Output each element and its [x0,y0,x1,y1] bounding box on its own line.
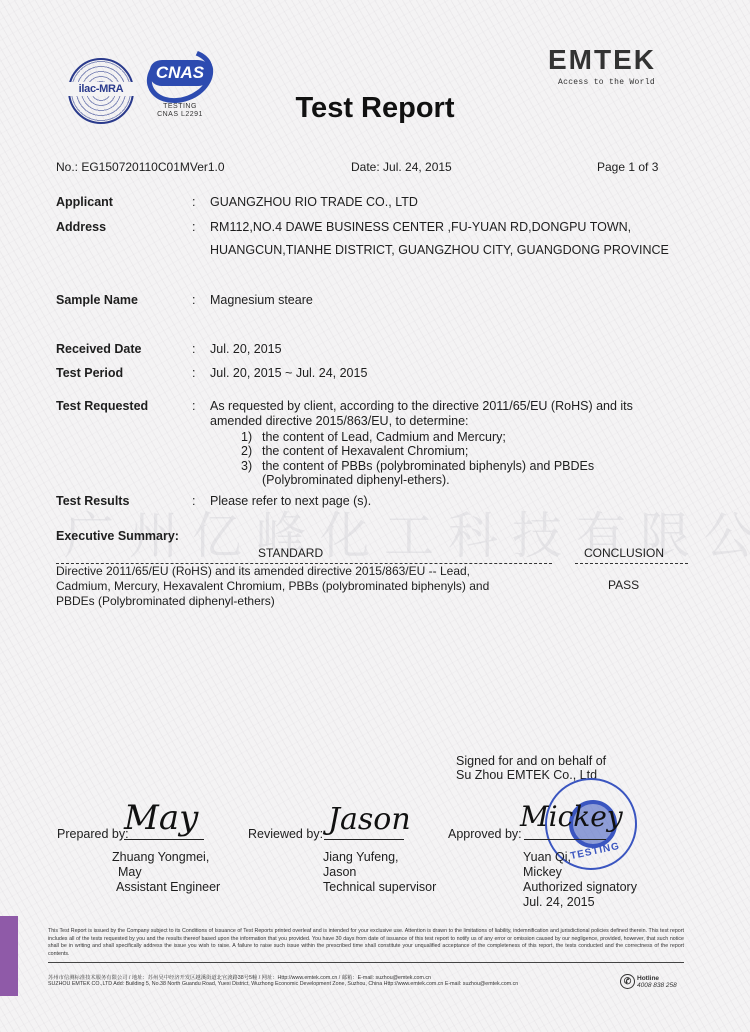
table-row-standard: Directive 2011/65/EU (RoHS) and its amen… [56,564,489,609]
item-number: 3) [241,459,252,473]
standard-line: PBDEs (Polybrominated diphenyl-ethers) [56,594,489,609]
prepared-alias: May [112,865,220,880]
signature-line [524,839,606,840]
applicant-label: Applicant [56,195,113,209]
footer-address-cn: 苏州市信测标准技术服务有限公司 / 地址：苏州吴中经济开发区越溪街道北官渡路38… [48,973,431,981]
reviewed-by-label: Reviewed by: [248,827,323,842]
approved-alias: Mickey [523,865,637,880]
approved-by-label: Approved by: [448,827,522,842]
colon: : [192,220,195,234]
reviewed-by-info: Jiang Yufeng, Jason Technical supervisor [323,850,436,895]
reviewed-alias: Jason [323,865,436,880]
address-label: Address [56,220,106,234]
test-item-continued: (Polybrominated diphenyl-ethers). [262,473,450,487]
hotline-number: 4008 838 258 [637,982,677,989]
phone-icon: ✆ [620,974,635,989]
received-date-label: Received Date [56,342,141,356]
reviewed-signature: Jason [328,802,411,837]
colon: : [192,366,195,380]
column-header-standard: STANDARD [258,546,323,561]
item-number: 1) [241,430,252,444]
prepared-title: Assistant Engineer [112,880,220,895]
emtek-tagline: Access to the World [558,78,655,87]
colon: : [192,342,195,356]
hotline-label: Hotline [637,975,677,982]
approved-signature: Mickey [520,800,623,833]
reviewed-title: Technical supervisor [323,880,436,895]
purple-edge-tab [0,916,18,996]
test-period-label: Test Period [56,366,123,380]
footer-rule [48,962,684,963]
received-date-value: Jul. 20, 2015 [210,342,282,356]
test-requested-line-1: As requested by client, according to the… [210,399,633,413]
approved-date: Jul. 24, 2015 [523,895,637,910]
prepared-by-info: Zhuang Yongmei, May Assistant Engineer [112,850,220,895]
signed-on-behalf: Signed for and on behalf of [456,754,606,769]
executive-summary-label: Executive Summary: [56,529,179,543]
address-line-1: RM112,NO.4 DAWE BUSINESS CENTER ,FU-YUAN… [210,220,631,234]
signature-line [124,839,204,840]
hotline-info: Hotline 4008 838 258 [637,975,677,989]
column-header-conclusion: CONCLUSION [584,546,664,561]
reviewed-name: Jiang Yufeng, [323,850,436,865]
approved-name: Yuan Qi, [523,850,637,865]
address-line-2: HUANGCUN,TIANHE DISTRICT, GUANGZHOU CITY… [210,243,669,257]
approved-title: Authorized signatory [523,880,637,895]
test-item: the content of PBBs (polybrominated biph… [262,459,594,473]
test-results-label: Test Results [56,494,129,508]
prepared-name: Zhuang Yongmei, [112,850,220,865]
test-requested-label: Test Requested [56,399,148,413]
cnas-logo: CNAS [150,60,210,86]
colon: : [192,293,195,307]
sample-name-label: Sample Name [56,293,138,307]
disclaimer-text: This Test Report is issued by the Compan… [48,928,684,958]
item-number: 2) [241,444,252,458]
emtek-logo: EMTEK [548,44,656,76]
footer-address-en: SUZHOU EMTEK CO.,LTD Add: Building 5, No… [48,981,518,987]
page-title: Test Report [0,92,750,125]
sample-name-value: Magnesium steare [210,293,313,307]
test-item: the content of Hexavalent Chromium; [262,444,468,458]
standard-line: Cadmium, Mercury, Hexavalent Chromium, P… [56,579,489,594]
colon: : [192,195,195,209]
report-date: Date: Jul. 24, 2015 [351,160,452,174]
test-requested-line-2: amended directive 2015/863/EU, to determ… [210,414,469,428]
conclusion-pass: PASS [608,578,639,593]
colon: : [192,399,195,413]
approved-by-info: Yuan Qi, Mickey Authorized signatory Jul… [523,850,637,910]
test-results-value: Please refer to next page (s). [210,494,371,508]
signature-line [324,839,404,840]
standard-line: Directive 2011/65/EU (RoHS) and its amen… [56,564,489,579]
applicant-value: GUANGZHOU RIO TRADE CO., LTD [210,195,418,209]
prepared-by-label: Prepared by: [57,827,129,842]
table-divider [575,563,688,564]
report-number: No.: EG150720110C01MVer1.0 [56,160,225,174]
test-item: the content of Lead, Cadmium and Mercury… [262,430,506,444]
test-period-value: Jul. 20, 2015 ~ Jul. 24, 2015 [210,366,367,380]
colon: : [192,494,195,508]
page-number: Page 1 of 3 [597,160,658,174]
prepared-signature: May [124,798,198,838]
